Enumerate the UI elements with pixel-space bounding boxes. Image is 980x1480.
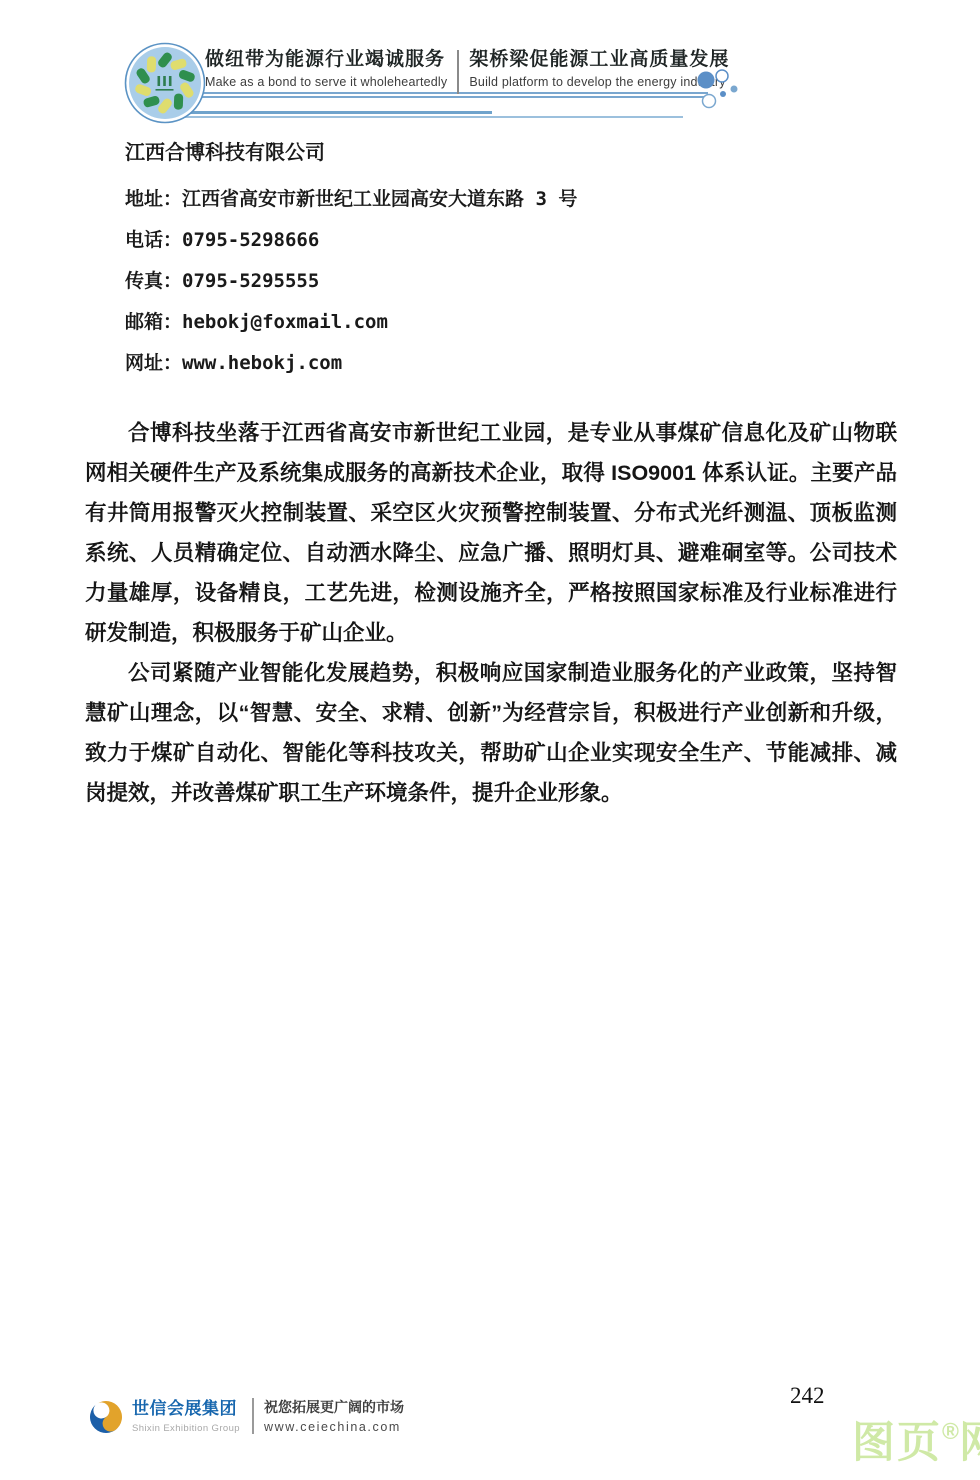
website-label: 网址： — [125, 353, 182, 374]
watermark: 图页®网 — [852, 1420, 980, 1465]
profile-paragraph-1: 合博科技坐落于江西省高安市新世纪工业园，是专业从事煤矿信息化及矿山物联网相关硬件… — [85, 413, 897, 653]
email-label: 邮箱： — [125, 312, 182, 333]
watermark-suffix: 网 — [959, 1419, 980, 1467]
company-name: 江西合博科技有限公司 — [125, 139, 765, 167]
slogan-left-cn: 做纽带为能源行业竭诚服务 — [205, 48, 447, 72]
footer-tagline: 祝您拓展更广阔的市场 www.ceiechina.com — [264, 1398, 404, 1435]
logo-tail-line-2 — [180, 116, 683, 118]
decorative-bubbles-icon — [688, 66, 746, 112]
catalog-page: 做纽带为能源行业竭诚服务 Make as a bond to serve it … — [0, 0, 980, 1480]
company-info: 江西合博科技有限公司 地址：江西省高安市新世纪工业园高安大道东路 3 号 电话：… — [125, 139, 765, 384]
website-value: www.hebokj.com — [182, 352, 342, 374]
contact-row-phone: 电话：0795-5298666 — [125, 220, 765, 261]
header-slogans: 做纽带为能源行业竭诚服务 Make as a bond to serve it … — [205, 48, 705, 94]
registered-mark-icon: ® — [942, 1418, 959, 1444]
logo-tail-line-1 — [170, 111, 492, 114]
footer-group-name-en: Shixin Exhibition Group — [132, 1422, 240, 1435]
phone-label: 电话： — [125, 230, 182, 251]
energy-expo-logo-icon — [124, 42, 206, 124]
shixin-logo-icon — [88, 1399, 124, 1435]
contact-row-fax: 传真：0795-5295555 — [125, 261, 765, 302]
footer-group-name-cn: 世信会展集团 — [132, 1398, 240, 1419]
header-rule-bottom — [200, 96, 708, 98]
footer: 世信会展集团 Shixin Exhibition Group 祝您拓展更广阔的市… — [88, 1398, 404, 1442]
footer-group-names: 世信会展集团 Shixin Exhibition Group — [132, 1398, 240, 1435]
address-label: 地址： — [125, 189, 182, 210]
profile-paragraph-2: 公司紧随产业智能化发展趋势，积极响应国家制造业服务化的产业政策，坚持智慧矿山理念… — [85, 653, 897, 813]
page-number: 242 — [790, 1383, 825, 1409]
phone-value: 0795-5298666 — [182, 229, 319, 251]
fax-label: 传真： — [125, 271, 182, 292]
slogan-left: 做纽带为能源行业竭诚服务 Make as a bond to serve it … — [205, 48, 447, 94]
email-value: hebokj@foxmail.com — [182, 311, 388, 333]
watermark-prefix: 图页 — [852, 1419, 942, 1467]
company-profile: 合博科技坐落于江西省高安市新世纪工业园，是专业从事煤矿信息化及矿山物联网相关硬件… — [85, 413, 897, 813]
footer-website: www.ceiechina.com — [264, 1419, 404, 1435]
fax-value: 0795-5295555 — [182, 270, 319, 292]
address-value: 江西省高安市新世纪工业园高安大道东路 3 号 — [182, 188, 577, 210]
slogan-divider — [457, 50, 459, 94]
contact-row-address: 地址：江西省高安市新世纪工业园高安大道东路 3 号 — [125, 179, 765, 220]
slogan-left-en: Make as a bond to serve it wholeheartedl… — [205, 74, 447, 91]
contact-row-website: 网址：www.hebokj.com — [125, 343, 765, 384]
footer-divider — [252, 1398, 254, 1434]
footer-tagline-cn: 祝您拓展更广阔的市场 — [264, 1398, 404, 1417]
contact-row-email: 邮箱：hebokj@foxmail.com — [125, 302, 765, 343]
